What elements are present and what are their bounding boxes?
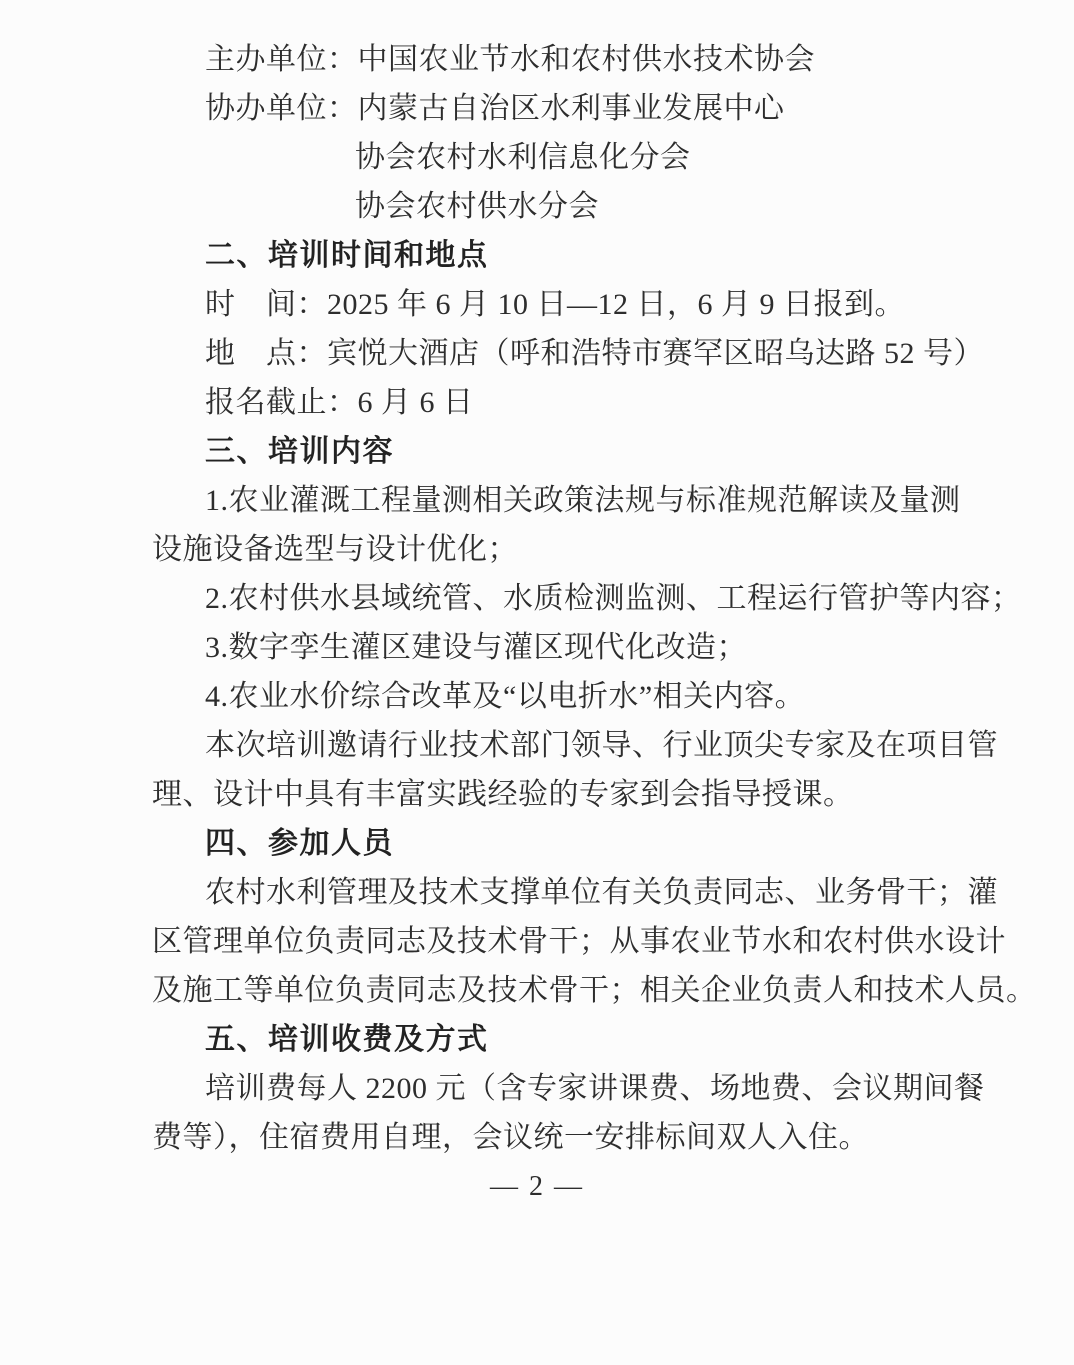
body-line: 设施设备选型与设计优化； — [0, 525, 1074, 574]
document-content: 主办单位：中国农业节水和农村供水技术协会 协办单位：内蒙古自治区水利事业发展中心… — [0, 0, 1074, 1211]
section-heading-fees: 五、培训收费及方式 — [0, 1015, 1074, 1064]
section-heading-content: 三、培训内容 — [0, 427, 1074, 476]
co-organizer-line: 协办单位：内蒙古自治区水利事业发展中心 — [0, 84, 1074, 133]
body-line-deadline: 报名截止：6 月 6 日 — [0, 378, 1074, 427]
co-organizer-cont-line: 协会农村水利信息化分会 — [0, 133, 1074, 182]
body-line: 培训费每人 2200 元（含专家讲课费、场地费、会议期间餐 — [0, 1064, 1074, 1113]
page-number: — 2 — — [0, 1162, 1074, 1211]
body-line: 费等），住宿费用自理，会议统一安排标间双人入住。 — [0, 1113, 1074, 1162]
body-line: 2.农村供水县域统管、水质检测监测、工程运行管护等内容； — [0, 574, 1074, 623]
body-line: 3.数字孪生灌区建设与灌区现代化改造； — [0, 623, 1074, 672]
host-organizer-line: 主办单位：中国农业节水和农村供水技术协会 — [0, 35, 1074, 84]
body-line: 本次培训邀请行业技术部门领导、行业顶尖专家及在项目管 — [0, 721, 1074, 770]
body-line: 1.农业灌溉工程量测相关政策法规与标准规范解读及量测 — [0, 476, 1074, 525]
body-line: 4.农业水价综合改革及“以电折水”相关内容。 — [0, 672, 1074, 721]
section-heading-time-location: 二、培训时间和地点 — [0, 231, 1074, 280]
body-line: 理、设计中具有丰富实践经验的专家到会指导授课。 — [0, 770, 1074, 819]
body-line: 农村水利管理及技术支撑单位有关负责同志、业务骨干；灌 — [0, 868, 1074, 917]
co-organizer-cont-line: 协会农村供水分会 — [0, 182, 1074, 231]
body-line: 区管理单位负责同志及技术骨干；从事农业节水和农村供水设计 — [0, 917, 1074, 966]
body-line: 及施工等单位负责同志及技术骨干；相关企业负责人和技术人员。 — [0, 966, 1074, 1015]
section-heading-participants: 四、参加人员 — [0, 819, 1074, 868]
body-line-time: 时 间：2025 年 6 月 10 日—12 日，6 月 9 日报到。 — [0, 280, 1074, 329]
body-line-location: 地 点：宾悦大酒店（呼和浩特市赛罕区昭乌达路 52 号） — [0, 329, 1074, 378]
document-page: 主办单位：中国农业节水和农村供水技术协会 协办单位：内蒙古自治区水利事业发展中心… — [0, 0, 1074, 1365]
